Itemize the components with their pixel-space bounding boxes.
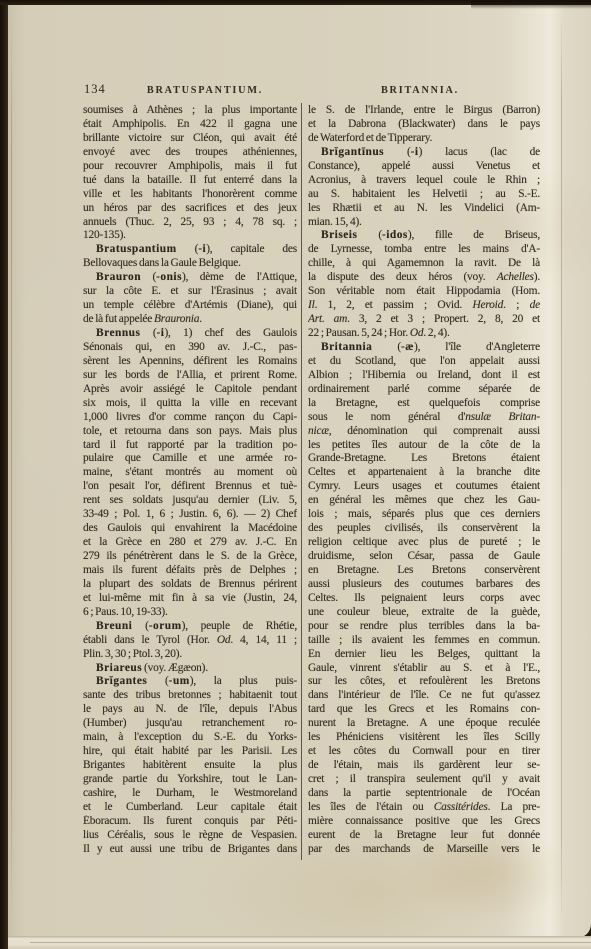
text-segment: Il y eut aussi une tribu de Brigantes da… [83, 843, 297, 855]
text-line: cret ; il transpira seulement qu'il y av… [308, 773, 540, 787]
text-segment: nsulæ Britan- [465, 411, 540, 423]
text-segment: Grande-Bretagne. Les Bretons étaient [308, 452, 540, 464]
text-segment: . [199, 313, 202, 325]
text-segment: ), dème de l'Attique, [182, 271, 297, 283]
text-line: en Bretagne. Les Bretons conservèrent [308, 564, 540, 578]
text-line: Constance), appelé aussi Venetus et [308, 160, 540, 174]
text-segment: ), la plus puis- [190, 675, 297, 687]
text-line: mian. 15, 4). [308, 216, 540, 230]
page-number: 134 [84, 82, 106, 97]
text-line: tard que les Grecs et les Romains con- [308, 703, 540, 717]
text-line: eurent de la Bretagne leur fut donnée [308, 829, 540, 843]
text-segment: Éboracum. Ils furent conquis par Péti- [83, 815, 297, 827]
text-segment: Heroid [472, 299, 503, 311]
text-segment: de Waterford et de Tipperary. [308, 132, 432, 144]
text-line: Celtes et appartenaient à la branche dit… [308, 466, 540, 480]
text-segment: 6 ; Paus. 10, 19-33). [83, 606, 168, 618]
text-segment: et la Grèce en 280 et 279 av. J.-C. En [83, 536, 297, 548]
text-segment: pour recouvrer Amphipolis, mais il fut [83, 160, 297, 172]
text-line: les Rhætii et au N. les Vindelici (Am- [308, 202, 540, 216]
page-right-fold-line [561, 12, 562, 927]
text-line: 22 ; Pausan. 5, 24 ; Hor. Od. 2, 4). [308, 327, 540, 341]
text-line: chille, à qui Agamemnon la ravit. De là [308, 257, 540, 271]
text-segment: une couleur bleue, extraite de la guède, [308, 606, 540, 618]
text-segment: des peuples civilisés, ils conservèrent … [308, 522, 540, 534]
text-segment: soumises à Athènes ; la plus importante [83, 104, 297, 116]
text-line: 279 ils pénétrèrent dans le S. de la Grè… [83, 550, 297, 564]
text-segment: ( [357, 229, 382, 241]
text-segment: Albion ; l'Hibernia ou Ireland, dont il … [308, 369, 540, 381]
text-segment: et la Dabrona (Blackwater) dans le pays [308, 118, 540, 130]
text-segment: brillante victoire sur Cléon, qui avait … [83, 132, 297, 144]
text-line: des Gaulois qui envahirent la Macédoine [83, 522, 297, 536]
text-line: sèrent les Apennins, défirent les Romain… [83, 355, 297, 369]
text-segment: ordinairement parlé comme séparée de [308, 383, 540, 395]
column-divider-rule [301, 103, 302, 860]
text-segment: . 2, 4). [423, 327, 449, 339]
text-line: Sénonais qui, en 390 av. J.-C., pas- [83, 341, 297, 355]
text-line: le pays au N. de l'île, depuis l'Abus [83, 703, 297, 717]
text-line: six mois, il quitta la ville en recevant [83, 397, 297, 411]
text-segment: Od [410, 327, 424, 339]
entry-headword: -idos [382, 229, 408, 241]
text-segment: ville et les habitants l'honorèrent comm… [83, 188, 297, 200]
text-segment: hire, qui était habité par les Parisii. … [83, 745, 297, 757]
text-segment: mais ils furent défaits près de Delphes … [83, 564, 297, 576]
text-segment: cret ; il transpira seulement qu'il y av… [308, 773, 540, 785]
text-segment: les petites îles autour de la côte de la [308, 439, 540, 451]
text-segment: Acronius, à travers lequel coule le Rhin… [308, 174, 540, 186]
text-segment: de là fut appelée [83, 313, 154, 325]
text-segment: maine, s'étant montrés au moment où [83, 466, 297, 478]
text-segment: les Rhætii et au N. les Vindelici (Am- [308, 202, 540, 214]
text-line: Après avoir assiégé le Capitole pendant [83, 383, 297, 397]
scanned-book-page: { "colors": { "paper": "#d8d1bc", "ink":… [0, 0, 591, 949]
entry-headword: -æ [401, 341, 414, 353]
text-segment: Brauronia [154, 313, 199, 325]
text-line: dans l'intérieur de l'île. Ce ne fut qu'… [308, 689, 540, 703]
text-segment: les îles de l'étain ou [308, 801, 434, 813]
entry-headword: Brĭgantīnus [321, 146, 384, 158]
text-segment: Achelles [497, 271, 534, 283]
entry-headword: Briseis [321, 229, 357, 241]
text-line: et la Dabrona (Blackwater) dans le pays [308, 118, 540, 132]
text-line: lois ; mais, séparés plus que ces dernie… [308, 508, 540, 522]
text-segment: Celtes. Ils peignaient leurs corps avec [308, 592, 540, 604]
text-segment: cashire, le Durham, le Westmoreland [83, 787, 297, 799]
entry-headword: Breuni [96, 620, 132, 632]
text-segment: nurent la Bretagne. A une époque reculée [308, 717, 540, 729]
text-line: de Waterford et de Tipperary. [308, 132, 540, 146]
text-segment: ( [384, 146, 411, 158]
text-segment: 279 ils pénétrèrent dans le S. de la Grè… [83, 550, 297, 562]
text-line: Son véritable nom était Hippodamia (Hom. [308, 285, 540, 299]
text-segment: l'on pesait l'or, défirent Brennus et tu… [83, 480, 297, 492]
text-line: de l'étain, mais ils gardèrent leur se- [308, 759, 540, 773]
text-line: annuels (Thuc. 2, 25, 93 ; 4, 78 sq. ; [83, 216, 297, 230]
text-segment: ) lacus (lac de [419, 146, 540, 158]
text-line: main, à l'exception du S.-E. du Yorks- [83, 731, 297, 745]
text-segment: sur les bords de l'Allia, et prirent Rom… [83, 369, 297, 381]
text-segment: Celtes et appartenaient à la branche dit… [308, 466, 540, 478]
text-segment: établi dans le Tyrol (Hor. [83, 634, 217, 646]
text-line: Éboracum. Ils furent conquis par Péti- [83, 815, 297, 829]
text-line: Grande-Bretagne. Les Bretons étaient [308, 452, 540, 466]
text-segment: un temple célèbre d'Artémis (Diane), qui [83, 299, 297, 311]
text-line: Plin. 3, 30 ; Ptol. 3, 20). [83, 648, 297, 662]
text-line: était Amphipolis. En 422 il gagna une [83, 118, 297, 132]
text-line: aussi plusieurs des coutumes barbares de… [308, 578, 540, 592]
text-segment: . 4, 14, 11 ; [230, 634, 297, 646]
text-line: sur les côtes, et refoulèrent les Breton… [308, 675, 540, 689]
text-line: (Humber) jusqu'au retranchement ro- [83, 717, 297, 731]
text-segment: ), l'île d'Angleterre [414, 341, 540, 353]
text-line: 1,000 livres d'or comme rançon du Capi- [83, 411, 297, 425]
text-line: Il. 1, 2, et passim ; Ovid. Heroid. ; de [308, 299, 540, 313]
text-segment: ), capitale des [206, 243, 297, 255]
text-segment: ). [534, 271, 540, 283]
text-segment: aussi plusieurs des coutumes barbares de… [308, 578, 540, 590]
text-segment: ( [177, 243, 199, 255]
text-segment: le pays au N. de l'île, depuis l'Abus [83, 703, 297, 715]
text-segment: Bellovaques dans la Gaule Belgique. [83, 257, 241, 269]
text-segment: ( [372, 341, 401, 353]
underlying-page-line [30, 942, 591, 943]
text-segment: , dénomination qui comprenait aussi [329, 425, 540, 437]
text-line: nicæ, dénomination qui comprenait aussi [308, 425, 540, 439]
text-line: tard il fut rapporté par la tradition po… [83, 439, 297, 453]
text-segment: tole, et retourna dans son pays. Mais pl… [83, 425, 297, 437]
text-segment: sèrent les Apennins, défirent les Romain… [83, 355, 297, 367]
text-line: taille ; ils avaient les femmes en commu… [308, 634, 540, 648]
text-line: Acronius, à travers lequel coule le Rhin… [308, 174, 540, 188]
text-segment: en général les mêmes que chez les Gau- [308, 494, 540, 506]
text-line: la plupart des soldats de Brennus périre… [83, 578, 297, 592]
text-line: grande partie du Yorkshire, tout le Lan- [83, 773, 297, 787]
text-line: de Lyrnesse, tomba entre les mains d'A- [308, 243, 540, 257]
text-line: rent ses soldats jusqu'au dernier (Liv. … [83, 494, 297, 508]
text-segment: la Bretagne, est quelquefois comprise [308, 397, 540, 409]
text-line: un héros par des sacrifices et des jeux [83, 202, 297, 216]
text-segment: Od [217, 634, 231, 646]
text-line: pour recouvrer Amphipolis, mais il fut [83, 160, 297, 174]
text-line: Britannia (-æ), l'île d'Angleterre [308, 341, 540, 355]
text-segment: tard il fut rapporté par la tradition po… [83, 439, 297, 451]
text-line: établi dans le Tyrol (Hor. Od. 4, 14, 11… [83, 634, 297, 648]
text-line: pulaire que Camille et une armée ro- [83, 452, 297, 466]
text-line: Albion ; l'Hibernia ou Ireland, dont il … [308, 369, 540, 383]
text-segment: nicæ [308, 425, 329, 437]
text-segment: tué dans la bataille. Il fut enterré dan… [83, 174, 297, 186]
text-segment: grande partie du Yorkshire, tout le Lan- [83, 773, 297, 785]
text-segment: mière connaissance positive que les Grec… [308, 815, 540, 827]
entry-headword: Briareus [96, 662, 142, 674]
text-segment: la plupart des soldats de Brennus périre… [83, 578, 297, 590]
text-segment: Après avoir assiégé le Capitole pendant [83, 383, 297, 395]
text-line: Brauron (-onis), dème de l'Attique, [83, 271, 297, 285]
text-line: hire, qui était habité par les Parisii. … [83, 745, 297, 759]
entry-headword: Brennus [96, 327, 140, 339]
text-segment: main, à l'exception du S.-E. du Yorks- [83, 731, 297, 743]
text-segment: était Amphipolis. En 422 il gagna une [83, 118, 297, 130]
text-line: Celtes. Ils peignaient leurs corps avec [308, 592, 540, 606]
text-line: lius Céréalis, sous le règne de Vespasie… [83, 829, 297, 843]
text-segment: . 1, 2, et passim ; Ovid. [315, 299, 473, 311]
text-line: envoyé avec des troupes athéniennes, [83, 146, 297, 160]
text-segment: le S. de l'Irlande, entre le Birgus (Bar… [308, 104, 540, 116]
text-line: Bratuspantium (-i), capitale des [83, 243, 297, 257]
text-line: les îles de l'étain ou Cassitérides. La … [308, 801, 540, 815]
book-spine-edge [0, 0, 8, 949]
text-segment: 22 ; Pausan. 5, 24 ; Hor. [308, 327, 410, 339]
text-line: maine, s'étant montrés au moment où [83, 466, 297, 480]
text-segment: Plin. 3, 30 ; Ptol. 3, 20). [83, 648, 182, 660]
text-line: mais ils furent défaits près de Delphes … [83, 564, 297, 578]
text-segment: . 3, 2 et 3 ; Propert. 2, 8, 20 et [347, 313, 540, 325]
text-line: les Phéniciens visitèrent les îles Scill… [308, 731, 540, 745]
text-line: Bellovaques dans la Gaule Belgique. [83, 257, 297, 271]
text-line: la Bretagne, est quelquefois comprise [308, 397, 540, 411]
text-line: ville et les habitants l'honorèrent comm… [83, 188, 297, 202]
text-segment: des Gaulois qui envahirent la Macédoine [83, 522, 297, 534]
text-segment: Gaule, vinrent s'établir au S. et à l'E.… [308, 662, 540, 674]
text-segment: . La pre- [488, 801, 540, 813]
text-segment: ( [132, 620, 148, 632]
text-line: religion celtique avec plus de pureté ; … [308, 536, 540, 550]
entry-headword: -orum [149, 620, 182, 632]
text-line: de là fut appelée Brauronia. [83, 313, 297, 327]
text-line: 120-135). [83, 229, 297, 243]
text-segment: Son véritable nom était Hippodamia (Hom. [308, 285, 540, 297]
entry-headword: -i [411, 146, 419, 158]
text-line: dans la partie septentrionale de l'Océan [308, 787, 540, 801]
text-line: et du Scotland, que l'on appelait aussi [308, 355, 540, 369]
text-segment: ), peuple de Rhétie, [182, 620, 297, 632]
text-line: tole, et retourna dans son pays. Mais pl… [83, 425, 297, 439]
text-line: 33-49 ; Pol. 1, 6 ; Justin. 6, 6). — 2) … [83, 508, 297, 522]
text-line: Breuni (-orum), peuple de Rhétie, [83, 620, 297, 634]
text-segment: Brigantes habitèrent ensuite la plus [83, 759, 297, 771]
text-segment: annuels (Thuc. 2, 25, 93 ; 4, 78 sq. ; [83, 216, 297, 228]
text-line: Briseis (-idos), fille de Briseus, [308, 229, 540, 243]
text-line: un temple célèbre d'Artémis (Diane), qui [83, 299, 297, 313]
text-line: Il y eut aussi une tribu de Brigantes da… [83, 843, 297, 857]
text-segment: pulaire que Camille et une armée ro- [83, 452, 297, 464]
text-line: Art. am. 3, 2 et 3 ; Propert. 2, 8, 20 e… [308, 313, 540, 327]
text-line: Brigantes habitèrent ensuite la plus [83, 759, 297, 773]
text-segment: Cymry. Leurs usages et coutumes étaient [308, 480, 540, 492]
text-segment: 120-135). [83, 229, 126, 241]
text-segment: eurent de la Bretagne leur fut donnée [308, 829, 540, 841]
entry-headword: Bratuspantium [96, 243, 177, 255]
text-line: cashire, le Durham, le Westmoreland [83, 787, 297, 801]
text-line: 6 ; Paus. 10, 19-33). [83, 606, 297, 620]
text-line: les petites îles autour de la côte de la [308, 439, 540, 453]
text-segment: pour se rendre plus terribles dans la ba… [308, 620, 540, 632]
text-line: En dernier lieu les Belges, quittant la [308, 648, 540, 662]
text-line: des peuples civilisés, ils conservèrent … [308, 522, 540, 536]
text-segment: dans la partie septentrionale de l'Océan [308, 787, 540, 799]
text-segment: ), 1) chef des Gaulois [164, 327, 297, 339]
text-segment: mian. 15, 4). [308, 216, 362, 228]
text-segment: Sénonais qui, en 390 av. J.-C., pas- [83, 341, 297, 353]
text-segment: dans l'intérieur de l'île. Ce ne fut qu'… [308, 689, 540, 701]
text-line: et la Grèce en 280 et 279 av. J.-C. En [83, 536, 297, 550]
text-line: pour se rendre plus terribles dans la ba… [308, 620, 540, 634]
text-segment: ( [140, 327, 156, 339]
text-line: sur les bords de l'Allia, et prirent Rom… [83, 369, 297, 383]
text-line: nurent la Bretagne. A une époque reculée [308, 717, 540, 731]
scan-top-right-edge [471, 0, 591, 9]
text-segment: tard que les Grecs et les Romains con- [308, 703, 540, 715]
text-segment: six mois, il quitta la ville en recevant [83, 397, 297, 409]
text-segment: et le Cumberland. Leur capitale était [83, 801, 297, 813]
text-line: Brĭgantīnus (-i) lacus (lac de [308, 146, 540, 160]
text-segment: chille, à qui Agamemnon la ravit. De là [308, 257, 540, 269]
text-segment: de Lyrnesse, tomba entre les mains d'A- [308, 243, 540, 255]
text-segment: sous le nom général d' [308, 411, 465, 423]
text-segment: en Bretagne. Les Bretons conservèrent [308, 564, 540, 576]
text-line: sous le nom général d'nsulæ Britan- [308, 411, 540, 425]
entry-headword: -um [169, 675, 190, 687]
entry-headword: Brauron [96, 271, 141, 283]
text-segment: ( [141, 271, 156, 283]
text-line: ordinairement parlé comme séparée de [308, 383, 540, 397]
text-line: et les côtes du Cornwall pour en tirer [308, 745, 540, 759]
text-line: mière connaissance positive que les Grec… [308, 815, 540, 829]
text-line: tué dans la bataille. Il fut enterré dan… [83, 174, 297, 188]
text-segment: et lui-même mit fin à sa vie (Justin, 24… [83, 592, 297, 604]
text-segment: de [530, 299, 540, 311]
text-segment: 33-49 ; Pol. 1, 6 ; Justin. 6, 6). — 2) … [83, 508, 297, 520]
text-segment: sur les côtes, et refoulèrent les Breton… [308, 675, 540, 687]
text-line: sante des tribus bretonnes ; habitaenit … [83, 689, 297, 703]
page-left-edge-line [11, 20, 12, 920]
text-line: Briareus (voy. Ægæon). [83, 662, 297, 676]
text-segment: au S. habitaient les Helvetii ; au S.-E. [308, 188, 540, 200]
text-segment: et les côtes du Cornwall pour en tirer [308, 745, 540, 757]
text-segment: envoyé avec des troupes athéniennes, [83, 146, 297, 158]
text-line: en général les mêmes que chez les Gau- [308, 494, 540, 508]
text-line: soumises à Athènes ; la plus importante [83, 104, 297, 118]
text-line: Brĭgantes (-um), la plus puis- [83, 675, 297, 689]
text-line: une couleur bleue, extraite de la guède, [308, 606, 540, 620]
text-segment: religion celtique avec plus de pureté ; … [308, 536, 540, 548]
entry-headword: Brĭgantes [96, 675, 147, 687]
text-segment: En dernier lieu les Belges, quittant la [308, 648, 540, 660]
running-title-right: BRITANNIA. [336, 85, 504, 96]
text-segment: par des marchands de Marseille vers le [308, 843, 540, 855]
text-line: le S. de l'Irlande, entre le Birgus (Bar… [308, 104, 540, 118]
text-segment: lius Céréalis, sous le règne de Vespasie… [83, 829, 297, 841]
running-title-left: BRATUSPANTIUM. [126, 85, 284, 96]
text-segment: . ; [503, 299, 530, 311]
right-column: le S. de l'Irlande, entre le Birgus (Bar… [308, 104, 540, 857]
text-segment: Art. am [308, 313, 347, 325]
text-segment: Cassitérides [434, 801, 488, 813]
text-line: l'on pesait l'or, défirent Brennus et tu… [83, 480, 297, 494]
entry-headword: -i [198, 243, 206, 255]
text-segment: taille ; ils avaient les femmes en commu… [308, 634, 540, 646]
text-line: et lui-même mit fin à sa vie (Justin, 24… [83, 592, 297, 606]
text-segment: Constance), appelé aussi Venetus et [308, 160, 540, 172]
text-line: sur la côte E. et sur l'Érasinus ; avait [83, 285, 297, 299]
text-segment: un héros par des sacrifices et des jeux [83, 202, 297, 214]
entry-headword: Britannia [321, 341, 372, 353]
text-segment: sante des tribus bretonnes ; habitaenit … [83, 689, 297, 701]
text-segment: les Phéniciens visitèrent les îles Scill… [308, 731, 540, 743]
text-line: par des marchands de Marseille vers le [308, 843, 540, 857]
left-column: soumises à Athènes ; la plus importanteé… [83, 104, 297, 857]
text-segment: ), fille de Briseus, [408, 229, 540, 241]
text-segment: rent ses soldats jusqu'au dernier (Liv. … [83, 494, 297, 506]
text-line: Cymry. Leurs usages et coutumes étaient [308, 480, 540, 494]
text-segment: 1,000 livres d'or comme rançon du Capi- [83, 411, 297, 423]
text-line: Brennus (-i), 1) chef des Gaulois [83, 327, 297, 341]
text-segment: druidisme, selon César, passa de Gaule [308, 550, 540, 562]
text-line: la dispute des deux héros (voy. Achelles… [308, 271, 540, 285]
text-segment: ( [147, 675, 168, 687]
text-segment: la dispute des deux héros (voy. [308, 271, 497, 283]
text-segment: (voy. Ægæon). [142, 662, 208, 674]
text-segment: lois ; mais, séparés plus que ces dernie… [308, 508, 540, 520]
text-line: druidisme, selon César, passa de Gaule [308, 550, 540, 564]
text-line: Gaule, vinrent s'établir au S. et à l'E.… [308, 662, 540, 676]
text-segment: et du Scotland, que l'on appelait aussi [308, 355, 540, 367]
entry-headword: -onis [156, 271, 182, 283]
text-line: au S. habitaient les Helvetii ; au S.-E. [308, 188, 540, 202]
text-segment: de l'étain, mais ils gardèrent leur se- [308, 759, 540, 771]
text-segment: sur la côte E. et sur l'Érasinus ; avait [83, 285, 297, 297]
text-segment: (Humber) jusqu'au retranchement ro- [83, 717, 297, 729]
text-line: et le Cumberland. Leur capitale était [83, 801, 297, 815]
text-line: brillante victoire sur Cléon, qui avait … [83, 132, 297, 146]
